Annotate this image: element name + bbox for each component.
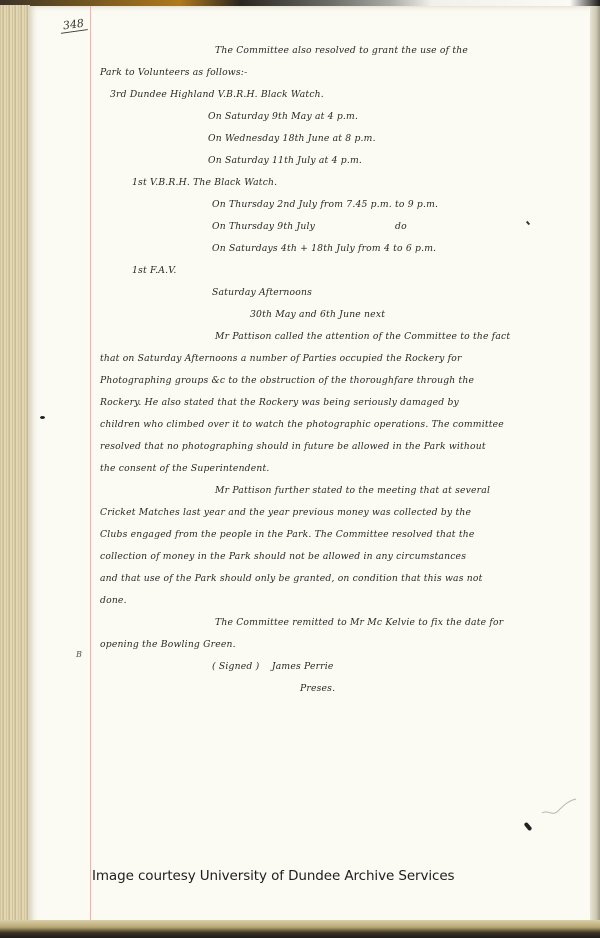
text-line: resolved that no photographing should in… [100,436,590,458]
ink-spot [40,416,45,419]
image-credit-caption: Image courtesy University of Dundee Arch… [92,868,454,884]
fiber-mark [540,795,580,820]
text-line: On Thursday 2nd July from 7.45 p.m. to 9… [100,194,590,216]
text-line: Park to Volunteers as follows:- [100,62,590,84]
signature-line: ( Signed ) James Perrie [100,656,590,678]
text-line: On Saturdays 4th + 18th July from 4 to 6… [100,238,590,260]
text-line: The Committee also resolved to grant the… [100,40,590,62]
book-bottom-edge [0,920,600,938]
text-line: Saturday Afternoons [100,282,590,304]
text-fragment: On Thursday 2nd July from 7.45 p.m. to 9… [212,199,438,210]
margin-mark: B [76,650,82,659]
signatory-name: James Perrie [272,661,334,672]
text-line: On Saturday 9th May at 4 p.m. [100,106,590,128]
minutes-text: The Committee also resolved to grant the… [100,40,590,700]
text-line: 30th May and 6th June next [100,304,590,326]
text-line: the consent of the Superintendent. [100,458,590,480]
text-line: 3rd Dundee Highland V.B.R.H. Black Watch… [100,84,590,106]
margin-rule [90,6,91,920]
text-line: Cricket Matches last year and the year p… [100,502,590,524]
text-line: children who climbed over it to watch th… [100,414,590,436]
text-line: Mr Pattison further stated to the meetin… [100,480,590,502]
text-line: Mr Pattison called the attention of the … [100,326,590,348]
signatory-title: Preses. [100,678,590,700]
text-line: Rockery. He also stated that the Rockery… [100,392,590,414]
text-line: 1st V.B.R.H. The Black Watch. [100,172,590,194]
text-line: The Committee remitted to Mr Mc Kelvie t… [100,612,590,634]
text-line: On Saturday 11th July at 4 p.m. [100,150,590,172]
page-stack-edge [0,5,30,927]
text-line: and that use of the Park should only be … [100,568,590,590]
text-line: done. [100,590,590,612]
text-line: 1st F.A.V. [100,260,590,282]
text-line: On Wednesday 18th June at 8 p.m. [100,128,590,150]
text-fragment: On Thursday 9th July [212,221,315,232]
text-line: Clubs engaged from the people in the Par… [100,524,590,546]
page-right-edge [590,6,600,926]
text-line: Photographing groups &c to the obstructi… [100,370,590,392]
text-line: collection of money in the Park should n… [100,546,590,568]
ditto-mark: do [315,216,407,238]
text-line: that on Saturday Afternoons a number of … [100,348,590,370]
text-line: On Thursday 9th Julydo [100,216,590,238]
signed-label: ( Signed ) [212,661,259,672]
text-line: opening the Bowling Green. [100,634,590,656]
